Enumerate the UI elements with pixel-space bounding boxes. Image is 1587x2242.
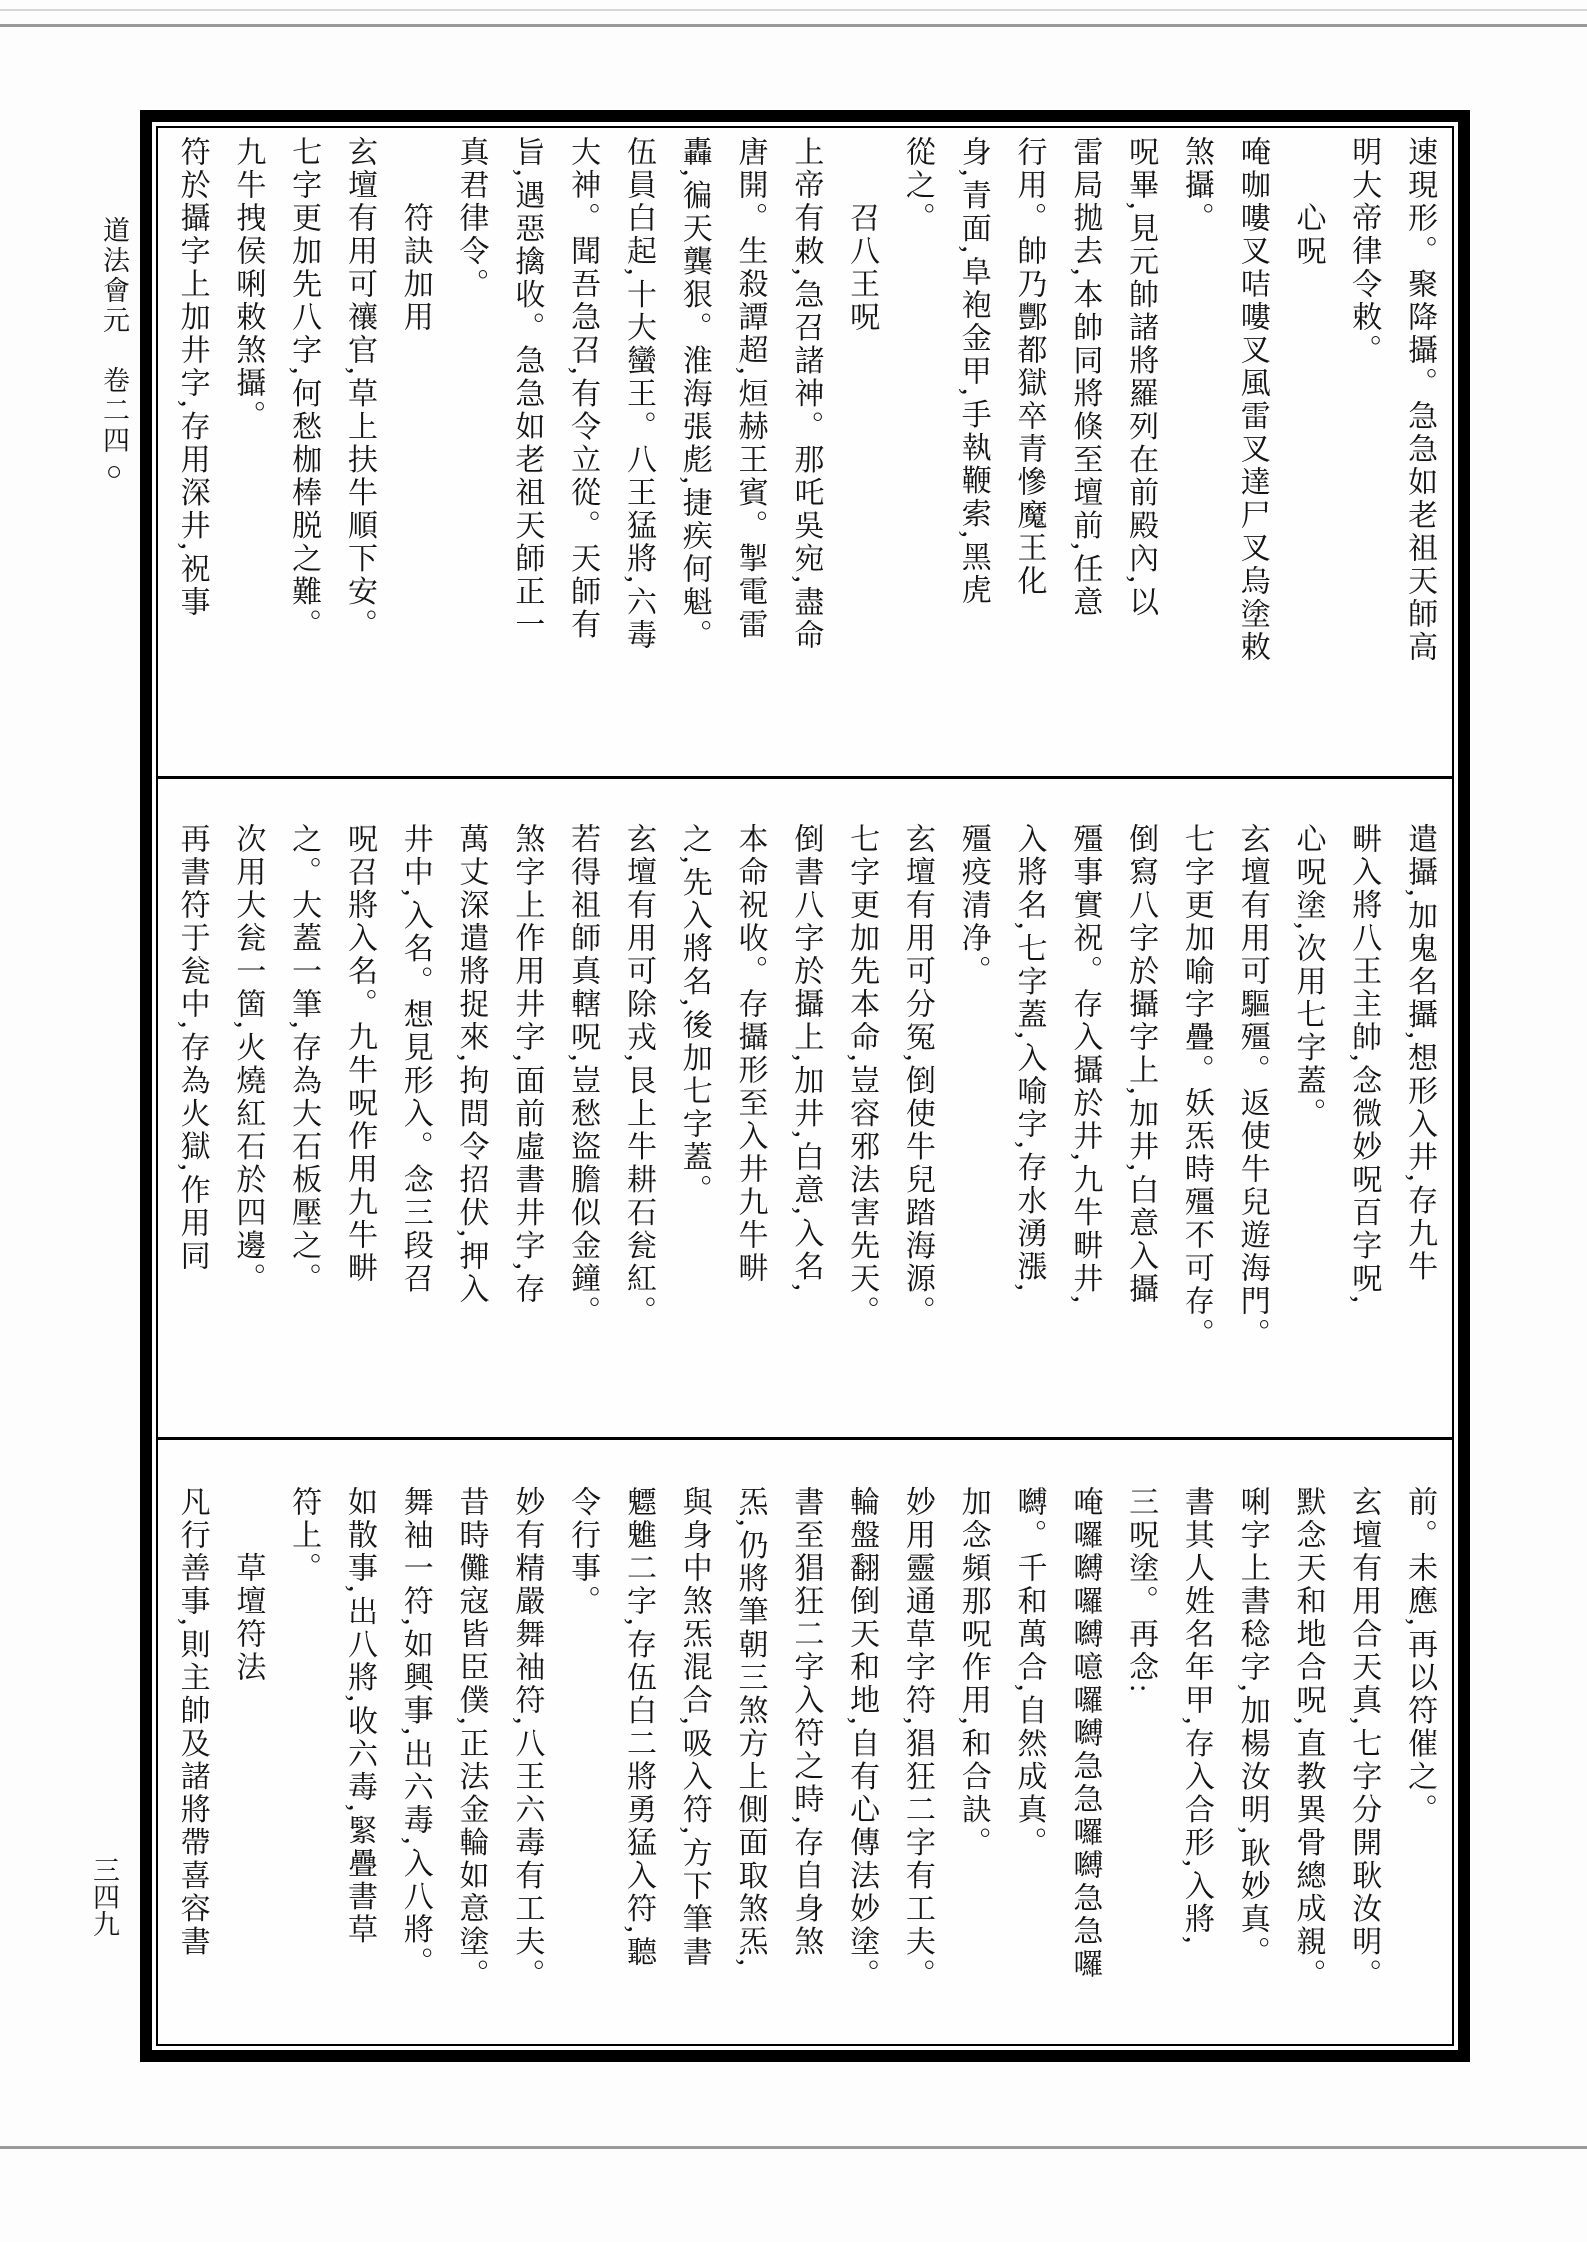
text-column: 昔時儺寇皆臣僕,正法金輪如意塗。	[443, 1486, 499, 2044]
text-column: 上帝有敕,急召諸神。那吒吳宛,盡命	[777, 136, 833, 776]
text-column: 伍員白起,十大蠻王。八王猛將,六毒	[610, 136, 666, 776]
text-column: 次用大瓮一箇,火燒紅石於四邊。	[219, 823, 275, 1437]
text-column-content: 煞攝。	[1181, 136, 1211, 235]
text-column-content: 七字更加先八字,何愁枷棒脱之難。	[288, 136, 318, 642]
text-column-content: 次用大瓮一箇,火燒紅石於四邊。	[232, 823, 262, 1296]
text-column: 炁,仍將筆朝三煞方上側面取煞炁,	[722, 1486, 778, 2044]
text-column: 入將名,七字蓋,入喻字,存水湧漲,	[1001, 823, 1057, 1437]
text-column: 呪召將入名。九牛呪作用九牛畊	[331, 823, 387, 1437]
text-column-content: 之,先入將名,後加七字蓋。	[679, 823, 709, 1207]
text-column-content: 與身中煞炁混合,吸入符,方下筆書	[679, 1486, 709, 1969]
text-column-content: 唎字上書稔字,加楊汝明,耿妙真。	[1237, 1486, 1267, 1969]
text-column: 唎字上書稔字,加楊汝明,耿妙真。	[1224, 1486, 1280, 2044]
text-column: 玄壇有用可分冤,倒使牛兒踏海源。	[889, 823, 945, 1437]
text-column-content: 凡行善事,則主帥及諸將帶喜容書	[177, 1486, 207, 1959]
text-column-content: 煞字上作用井字,面前虛書井字,存	[511, 823, 541, 1306]
text-column-content: 唵囉嚩囉嚩噫囉嚩急急囉嚩急急囉	[1069, 1486, 1099, 1981]
text-column: 心呪塗,次用七字蓋。	[1280, 823, 1336, 1437]
scanned-book-page: 道法會元 卷二四○ 三四九 速現形。聚降攝。急急如老祖天師高明大帝律令敕。心呪唵…	[0, 0, 1587, 2242]
text-column-content: 魒魋二字,存伍白二將勇猛入符,聽	[623, 1486, 653, 1969]
text-column-content: 符訣加用	[400, 202, 430, 334]
text-column: 呪畢,見元帥諸將羅列在前殿內,以	[1112, 136, 1168, 776]
text-column-content: 殭事實祝。存入攝於井,九牛畊井,	[1069, 823, 1099, 1306]
text-column-content: 玄壇有用可分冤,倒使牛兒踏海源。	[902, 823, 932, 1329]
text-column-content: 伍員白起,十大蠻王。八王猛將,六毒	[623, 136, 653, 652]
text-column-content: 妙用靈通草字符,猖狂二字有工夫。	[902, 1486, 932, 1992]
text-column-content: 書其人姓名年甲,存入合形,入將,	[1181, 1486, 1211, 1947]
text-column-content: 符於攝字上加井字,存用深井,祝事	[177, 136, 207, 619]
text-column-content: 昔時儺寇皆臣僕,正法金輪如意塗。	[456, 1486, 486, 1992]
text-column-content: 符上。	[288, 1486, 318, 1585]
text-column: 九牛拽侯唎敕煞攝。	[219, 136, 275, 776]
text-column: 令行事。	[554, 1486, 610, 2044]
text-column-content: 再書符于瓮中,存為火獄,作用同	[177, 823, 207, 1273]
text-column: 再書符于瓮中,存為火獄,作用同	[164, 823, 220, 1437]
text-column: 從之。	[889, 136, 945, 776]
text-column: 符於攝字上加井字,存用深井,祝事	[164, 136, 220, 776]
text-column-content: 入將名,七字蓋,入喻字,存水湧漲,	[1014, 823, 1044, 1294]
text-column-content: 嚩。千和萬合,自然成真。	[1014, 1486, 1044, 1860]
page-bottom-rule	[0, 2146, 1587, 2149]
text-column-content: 遣攝,加鬼名攝,想形入井,存九牛	[1404, 823, 1434, 1284]
text-column-content: 舞袖一符,如興事,出六毒,入八將。	[400, 1486, 430, 1980]
text-column-content: 若得祖師真轄呪,豈愁盜膽似金鐘。	[567, 823, 597, 1329]
register-top: 速現形。聚降攝。急急如老祖天師高明大帝律令敕。心呪唵咖嘍叉咭嘍叉風雷叉達尸叉烏塗…	[158, 128, 1452, 776]
book-margin-title: 道法會元 卷二四○	[100, 216, 127, 489]
text-column-content: 本命祝收。存攝形至入井九牛畊	[735, 823, 765, 1285]
text-column-content: 如散事,出八將,收六毒,緊疊書草	[344, 1486, 374, 1947]
text-column-content: 上帝有敕,急召諸神。那吒吳宛,盡命	[790, 136, 820, 652]
text-column: 玄壇有用可禳官,草上扶牛順下安。	[331, 136, 387, 776]
text-column: 前。未應,再以符催之。	[1391, 1486, 1447, 2044]
text-column: 本命祝收。存攝形至入井九牛畊	[722, 823, 778, 1437]
text-column: 井中,入名。想見形入。念三段召	[387, 823, 443, 1437]
text-column: 倒寫八字於攝字上,加井,白意入攝	[1112, 823, 1168, 1437]
text-column: 真君律令。	[443, 136, 499, 776]
text-column-content: 書至猖狂二字入符之時,存自身煞	[790, 1486, 820, 1959]
text-column-content: 旨,遇惡擒收。急急如老祖天師正一	[511, 136, 541, 642]
text-column-content: 玄壇有用可除戎,艮上牛耕石瓮紅。	[623, 823, 653, 1329]
text-column: 若得祖師真轄呪,豈愁盜膽似金鐘。	[554, 823, 610, 1437]
text-column-content: 召八王呪	[846, 202, 876, 334]
text-column-content: 行用。帥乃酆都獄卒青慘魔王化	[1014, 136, 1044, 598]
text-column-content: 七字更加先本命,豈容邪法害先天。	[846, 823, 876, 1329]
text-column-content: 默念天和地合呪,直教異骨總成親。	[1293, 1486, 1323, 1992]
text-column-content: 三呪塗。再念:	[1125, 1486, 1155, 1695]
text-column-content: 大神。聞吾急召,有令立從。天師有	[567, 136, 597, 642]
text-column-content: 玄壇有用可禳官,草上扶牛順下安。	[344, 136, 374, 642]
text-column: 玄壇有用可驅殭。返使牛兒遊海門。	[1224, 823, 1280, 1437]
text-column-content: 倒書八字於攝上,加井,白意,入名,	[790, 823, 820, 1294]
text-column-content: 唐開。生殺譚超,烜赫王賓。掣電雷	[735, 136, 765, 642]
text-column-content: 從之。	[902, 136, 932, 235]
text-frame: 速現形。聚降攝。急急如老祖天師高明大帝律令敕。心呪唵咖嘍叉咭嘍叉風雷叉達尸叉烏塗…	[140, 110, 1470, 2062]
page-number: 三四九	[90, 1856, 117, 1937]
text-column-content: 倒寫八字於攝字上,加井,白意入攝	[1125, 823, 1155, 1306]
text-column: 殭事實祝。存入攝於井,九牛畊井,	[1056, 823, 1112, 1437]
register-middle: 遣攝,加鬼名攝,想形入井,存九牛畊入將八王主帥,念微妙呪百字呪,心呪塗,次用七字…	[158, 776, 1452, 1437]
text-column-content: 前。未應,再以符催之。	[1404, 1486, 1434, 1827]
text-column: 凡行善事,則主帥及諸將帶喜容書	[164, 1486, 220, 2044]
text-column-content: 明大帝律令敕。	[1348, 136, 1378, 367]
text-column: 遣攝,加鬼名攝,想形入井,存九牛	[1391, 823, 1447, 1437]
text-column: 煞攝。	[1168, 136, 1224, 776]
text-column: 輪盤翻倒天和地,自有心傳法妙塗。	[833, 1486, 889, 2044]
text-column-content: 輪盤翻倒天和地,自有心傳法妙塗。	[846, 1486, 876, 1992]
text-column: 七字更加先八字,何愁枷棒脱之難。	[275, 136, 331, 776]
text-column-content: 畊入將八王主帥,念微妙呪百字呪,	[1348, 823, 1378, 1306]
text-column: 轟,徧天龔狠。淮海張彪,捷疾何魁。	[666, 136, 722, 776]
text-column-content: 殭疫清净。	[958, 823, 988, 988]
text-column: 玄壇有用合天真,七字分開耿汝明。	[1335, 1486, 1391, 2044]
page-top-rule-light	[0, 9, 1587, 11]
text-column: 雷局拋去,本帥同將倏至壇前,任意	[1056, 136, 1112, 776]
text-column-content: 呪召將入名。九牛呪作用九牛畊	[344, 823, 374, 1285]
text-column: 殭疫清净。	[945, 823, 1001, 1437]
text-column-content: 萬丈深遣將捉來,拘問令招伏,押入	[456, 823, 486, 1306]
text-column: 默念天和地合呪,直教異骨總成親。	[1280, 1486, 1336, 2044]
text-column-content: 七字更加喻字疊。妖炁時殭不可存。	[1181, 823, 1211, 1351]
page-top-rule-dark	[0, 24, 1587, 27]
text-column-content: 身,青面,阜袍金甲,手執鞭索,黑虎	[958, 136, 988, 607]
text-column-content: 妙有精嚴舞袖符,八王六毒有工夫。	[511, 1486, 541, 1992]
text-column: 唵囉嚩囉嚩噫囉嚩急急囉嚩急急囉	[1056, 1486, 1112, 2044]
text-column: 行用。帥乃酆都獄卒青慘魔王化	[1001, 136, 1057, 776]
text-column: 七字更加喻字疊。妖炁時殭不可存。	[1168, 823, 1224, 1437]
text-column-content: 真君律令。	[456, 136, 486, 301]
text-column: 如散事,出八將,收六毒,緊疊書草	[331, 1486, 387, 2044]
text-column-content: 令行事。	[567, 1486, 597, 1618]
text-column: 七字更加先本命,豈容邪法害先天。	[833, 823, 889, 1437]
text-column: 三呪塗。再念:	[1112, 1486, 1168, 2044]
text-column-content: 草壇符法	[232, 1552, 262, 1684]
text-column-content: 之。大蓋一筆,存為大石板壓之。	[288, 823, 318, 1296]
text-column-content: 九牛拽侯唎敕煞攝。	[232, 136, 262, 433]
text-column-content: 雷局拋去,本帥同將倏至壇前,任意	[1069, 136, 1099, 619]
text-column: 速現形。聚降攝。急急如老祖天師高	[1391, 136, 1447, 776]
text-column: 與身中煞炁混合,吸入符,方下筆書	[666, 1486, 722, 2044]
text-frame-inner: 速現形。聚降攝。急急如老祖天師高明大帝律令敕。心呪唵咖嘍叉咭嘍叉風雷叉達尸叉烏塗…	[156, 126, 1454, 2046]
text-column-content: 呪畢,見元帥諸將羅列在前殿內,以	[1125, 136, 1155, 619]
text-column: 嚩。千和萬合,自然成真。	[1001, 1486, 1057, 2044]
text-column: 書其人姓名年甲,存入合形,入將,	[1168, 1486, 1224, 2044]
text-column: 旨,遇惡擒收。急急如老祖天師正一	[498, 136, 554, 776]
text-column: 玄壇有用可除戎,艮上牛耕石瓮紅。	[610, 823, 666, 1437]
text-column-content: 心呪塗,次用七字蓋。	[1293, 823, 1323, 1131]
text-column-content: 加念頻那呪作用,和合訣。	[958, 1486, 988, 1860]
text-column: 魒魋二字,存伍白二將勇猛入符,聽	[610, 1486, 666, 2044]
text-column: 倒書八字於攝上,加井,白意,入名,	[777, 823, 833, 1437]
text-column-content: 唵咖嘍叉咭嘍叉風雷叉達尸叉烏塗敕	[1237, 136, 1267, 664]
text-column: 明大帝律令敕。	[1335, 136, 1391, 776]
text-column: 心呪	[1280, 136, 1336, 776]
text-column: 舞袖一符,如興事,出六毒,入八將。	[387, 1486, 443, 2044]
text-column-content: 玄壇有用合天真,七字分開耿汝明。	[1348, 1486, 1378, 1992]
text-column: 符上。	[275, 1486, 331, 2044]
text-column-content: 心呪	[1293, 202, 1323, 268]
text-column: 身,青面,阜袍金甲,手執鞭索,黑虎	[945, 136, 1001, 776]
text-column: 加念頻那呪作用,和合訣。	[945, 1486, 1001, 2044]
text-column: 召八王呪	[833, 136, 889, 776]
text-column-content: 玄壇有用可驅殭。返使牛兒遊海門。	[1237, 823, 1267, 1351]
text-column-content: 速現形。聚降攝。急急如老祖天師高	[1404, 136, 1434, 664]
text-column-content: 井中,入名。想見形入。念三段召	[400, 823, 430, 1296]
text-column: 煞字上作用井字,面前虛書井字,存	[498, 823, 554, 1437]
text-column: 書至猖狂二字入符之時,存自身煞	[777, 1486, 833, 2044]
text-column: 畊入將八王主帥,念微妙呪百字呪,	[1335, 823, 1391, 1437]
register-bottom: 前。未應,再以符催之。玄壇有用合天真,七字分開耿汝明。默念天和地合呪,直教異骨總…	[158, 1437, 1452, 2044]
text-column: 之,先入將名,後加七字蓋。	[666, 823, 722, 1437]
text-column: 符訣加用	[387, 136, 443, 776]
text-column: 大神。聞吾急召,有令立從。天師有	[554, 136, 610, 776]
text-column: 唐開。生殺譚超,烜赫王賓。掣電雷	[722, 136, 778, 776]
text-column: 唵咖嘍叉咭嘍叉風雷叉達尸叉烏塗敕	[1224, 136, 1280, 776]
text-column: 妙用靈通草字符,猖狂二字有工夫。	[889, 1486, 945, 2044]
text-column-content: 炁,仍將筆朝三煞方上側面取煞炁,	[735, 1486, 765, 1969]
text-column: 妙有精嚴舞袖符,八王六毒有工夫。	[498, 1486, 554, 2044]
text-column: 之。大蓋一筆,存為大石板壓之。	[275, 823, 331, 1437]
text-column-content: 轟,徧天龔狠。淮海張彪,捷疾何魁。	[679, 136, 709, 652]
text-column: 草壇符法	[219, 1486, 275, 2044]
text-column: 萬丈深遣將捉來,拘問令招伏,押入	[443, 823, 499, 1437]
